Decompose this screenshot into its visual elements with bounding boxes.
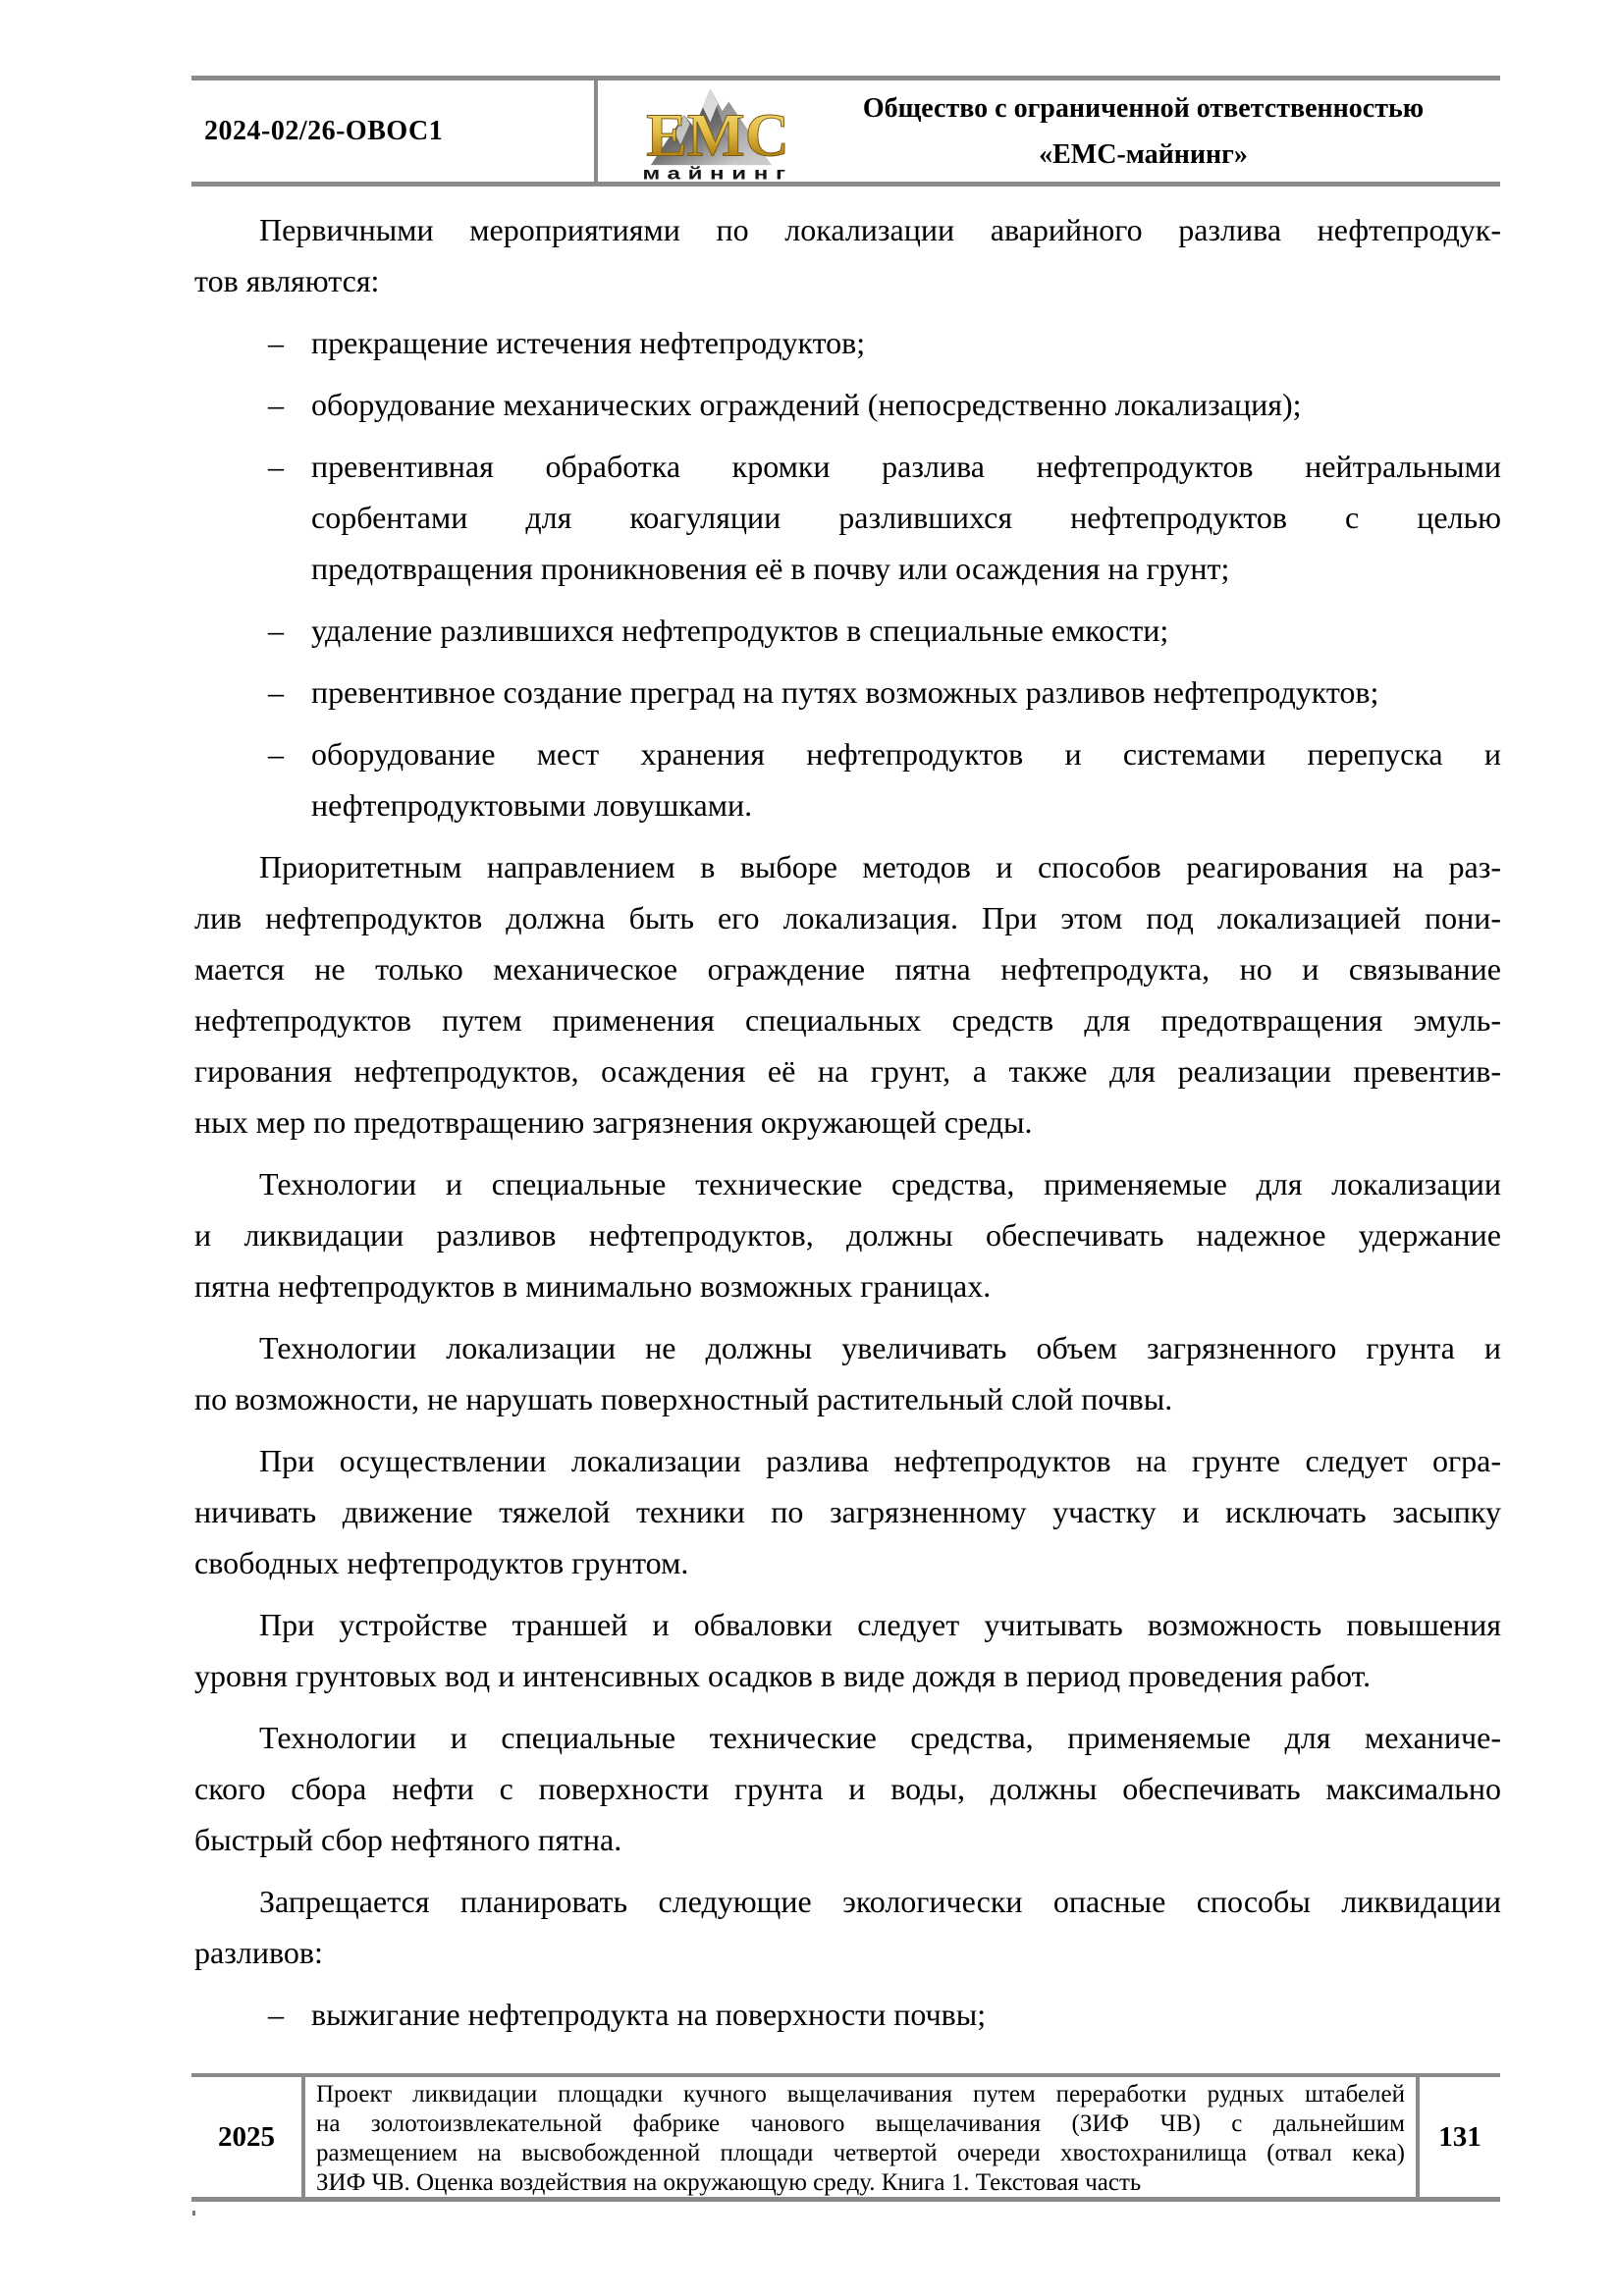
list-item: –превентивная обработка кромки разлива н… (194, 441, 1501, 594)
text-line: свободных нефтепродуктов грунтом. (194, 1537, 1501, 1588)
footer-cell-year: 2025 (191, 2077, 305, 2197)
paragraph: При осуществлении локализации разлива не… (194, 1435, 1501, 1588)
text-line: превентивная обработка кромки разлива не… (311, 441, 1501, 492)
text-line: предотвращения проникновения её в почву … (311, 543, 1501, 594)
bullet-dash: – (268, 667, 284, 718)
doc-number: 2024-02/26-ОВОС1 (204, 116, 443, 147)
list-item: –удаление разлившихся нефтепродуктов в с… (194, 605, 1501, 656)
paragraph: Технологии и специальные технические сре… (194, 1158, 1501, 1311)
paragraph: Технологии и специальные технические сре… (194, 1712, 1501, 1865)
header-cell-company: ЕМС майнинг Общество с ограниченной отве… (598, 80, 1500, 182)
text-line: выжигание нефтепродукта на поверхности п… (311, 1989, 1501, 2040)
text-line: Технологии и специальные технические сре… (194, 1158, 1501, 1209)
text-line: оборудование механических ограждений (не… (311, 379, 1501, 430)
text-line: Приоритетным направлением в выборе метод… (194, 841, 1501, 892)
bullet-dash: – (268, 728, 284, 779)
text-line: нефтепродуктов путем применения специаль… (194, 994, 1501, 1045)
logo-acronym: ЕМС (646, 100, 789, 169)
paragraph: При устройстве траншей и обваловки следу… (194, 1599, 1501, 1701)
text-line: ничивать движение тяжелой техники по заг… (194, 1486, 1501, 1537)
text-line: ных мер по предотвращению загрязнения ок… (194, 1096, 1501, 1148)
text-line: удаление разлившихся нефтепродуктов в сп… (311, 605, 1501, 656)
text-line: Запрещается планировать следующие эколог… (194, 1876, 1501, 1927)
document-body: Первичными мероприятиями по локализации … (194, 204, 1501, 2051)
text-line: пятна нефтепродуктов в минимально возмож… (194, 1260, 1501, 1311)
logo-word: майнинг (642, 163, 792, 183)
header-table: 2024-02/26-ОВОС1 (191, 76, 1500, 187)
bullet-dash: – (268, 605, 284, 656)
document-page: 2024-02/26-ОВОС1 (0, 0, 1616, 2296)
text-line: лив нефтепродуктов должна быть его локал… (194, 892, 1501, 943)
footer-description-line: ЗИФ ЧВ. Оценка воздействия на окружающую… (316, 2168, 1405, 2198)
text-line: оборудование мест хранения нефтепродукто… (311, 728, 1501, 779)
text-line: гирования нефтепродуктов, осаждения её н… (194, 1045, 1501, 1096)
footer-year: 2025 (218, 2121, 275, 2154)
list-item: –оборудование мест хранения нефтепродукт… (194, 728, 1501, 830)
list-item: –выжигание нефтепродукта на поверхности … (194, 1989, 1501, 2040)
text-line: уровня грунтовых вод и интенсивных осадк… (194, 1650, 1501, 1701)
text-line: тов являются: (194, 255, 1501, 306)
emc-mining-logo-icon: ЕМС майнинг (629, 80, 806, 184)
text-line: сорбентами для коагуляции разлившихся не… (311, 492, 1501, 543)
text-line: нефтепродуктовыми ловушками. (311, 779, 1501, 830)
header-cell-doc-number: 2024-02/26-ОВОС1 (191, 80, 598, 182)
footer-description-line: размещением на высвобожденной площади че… (316, 2139, 1405, 2168)
text-line: Первичными мероприятиями по локализации … (194, 204, 1501, 255)
list-item: –превентивное создание преград на путях … (194, 667, 1501, 718)
list-item: –оборудование механических ограждений (н… (194, 379, 1501, 430)
page-number: 131 (1438, 2121, 1481, 2154)
company-name-line2: «ЕМС-майнинг» (806, 132, 1481, 178)
paragraph: Технологии локализации не должны увеличи… (194, 1322, 1501, 1424)
text-line: Технологии локализации не должны увеличи… (194, 1322, 1501, 1373)
bullet-dash: – (268, 1989, 284, 2040)
list-item: –прекращение истечения нефтепродуктов; (194, 317, 1501, 368)
text-line: Технологии и специальные технические сре… (194, 1712, 1501, 1763)
company-name: Общество с ограниченной ответственностью… (806, 85, 1500, 178)
text-line: по возможности, не нарушать поверхностны… (194, 1373, 1501, 1424)
text-line: мается не только механическое ограждение… (194, 943, 1501, 994)
paragraph: Запрещается планировать следующие эколог… (194, 1876, 1501, 1978)
bullet-dash: – (268, 379, 284, 430)
text-line: При осуществлении локализации разлива не… (194, 1435, 1501, 1486)
scan-artifact-dot (192, 2211, 195, 2216)
text-line: ского сбора нефти с поверхности грунта и… (194, 1763, 1501, 1814)
text-line: и ликвидации разливов нефтепродуктов, до… (194, 1209, 1501, 1260)
paragraph: Приоритетным направлением в выборе метод… (194, 841, 1501, 1148)
footer-table: 2025 Проект ликвидации площадки кучного … (191, 2073, 1500, 2202)
bullet-dash: – (268, 317, 284, 368)
text-line: быстрый сбор нефтяного пятна. (194, 1814, 1501, 1865)
footer-description-line: на золотоизвлекательной фабрике чанового… (316, 2109, 1405, 2139)
company-name-line1: Общество с ограниченной ответственностью (806, 85, 1481, 132)
text-line: разливов: (194, 1927, 1501, 1978)
text-line: прекращение истечения нефтепродуктов; (311, 317, 1501, 368)
text-line: При устройстве траншей и обваловки следу… (194, 1599, 1501, 1650)
footer-project-description: Проект ликвидации площадки кучного выщел… (305, 2077, 1420, 2197)
footer-description-line: Проект ликвидации площадки кучного выщел… (316, 2080, 1405, 2109)
bullet-dash: – (268, 441, 284, 492)
footer-cell-page: 131 (1420, 2077, 1500, 2197)
paragraph: Первичными мероприятиями по локализации … (194, 204, 1501, 306)
text-line: превентивное создание преград на путях в… (311, 667, 1501, 718)
